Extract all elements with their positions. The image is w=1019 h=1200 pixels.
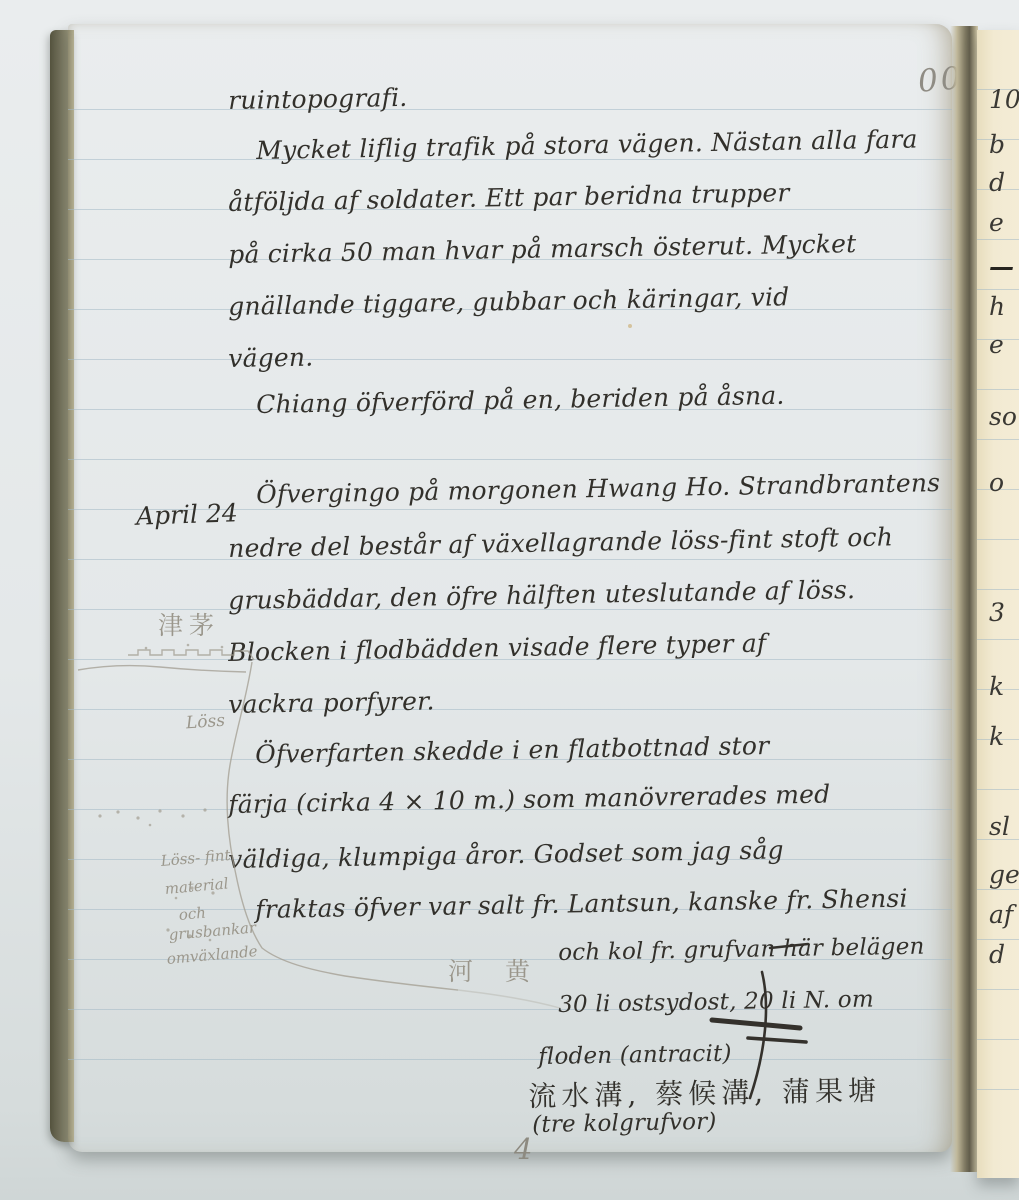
margin-pencil-note-line: omväxlande xyxy=(166,942,258,968)
next-page-fragment: — xyxy=(989,252,1014,281)
next-page-fragment: k xyxy=(989,722,1004,751)
handwriting-line: på cirka 50 man hvar på marsch österut. … xyxy=(228,229,857,269)
margin-pencil-note-line: Löss- fint xyxy=(160,846,231,870)
margin-chinese-pencil-river: 河 黄 xyxy=(448,952,542,988)
next-page-fragment: e xyxy=(989,208,1004,237)
handwriting-line: vägen. xyxy=(228,343,314,373)
next-page-fragment: o xyxy=(989,468,1004,497)
next-page-fragment: h xyxy=(989,292,1005,321)
gutter-shadow xyxy=(950,26,978,1172)
paper-speck xyxy=(628,324,632,328)
next-page-fragment: so xyxy=(989,402,1017,431)
handwriting-line: nedre del består af växellagrande löss-f… xyxy=(228,522,893,563)
handwriting-line: Mycket liflig trafik på stora vägen. Näs… xyxy=(256,124,918,165)
handwriting-line: åtföljda af soldater. Ett par beridna tr… xyxy=(228,178,790,217)
next-page-fragment: d xyxy=(989,940,1005,969)
handwriting-line: färja (cirka 4 × 10 m.) som manövrerades… xyxy=(228,779,831,819)
next-page-fragment: e xyxy=(989,330,1004,359)
margin-loess-label: Löss xyxy=(185,711,225,734)
handwriting-line: väldiga, klumpiga åror. Godset som jag s… xyxy=(228,835,784,874)
notebook-page: 0008 April 24 津茅 Löss Löss- fint materia… xyxy=(68,24,952,1152)
handwriting-line: grusbäddar, den öfre hälften uteslutande… xyxy=(228,575,855,615)
next-page-fragment: ge xyxy=(989,860,1019,889)
handwriting-line: 30 li ostsydost, 20 li N. om xyxy=(558,986,874,1018)
handwriting-line: Öfvergingo på morgonen Hwang Ho. Strandb… xyxy=(256,468,940,509)
handwriting-line: fraktas öfver var salt fr. Lantsun, kans… xyxy=(255,884,908,924)
next-page-sliver: 10bde—hesoo3kkslgeafd xyxy=(977,30,1019,1178)
handwriting-line: gnällande tiggare, gubbar och käringar, … xyxy=(228,282,790,321)
handwriting-line: och kol fr. grufvan här belägen xyxy=(558,934,925,966)
handwriting-line: Blocken i flodbädden visade flere typer … xyxy=(228,629,767,667)
handwriting-line: vackra porfyrer. xyxy=(228,686,435,719)
next-page-fragment: sl xyxy=(989,812,1010,841)
margin-chinese-pencil-top: 津茅 xyxy=(158,606,220,642)
margin-pencil-note-line: material xyxy=(164,874,229,897)
handwriting-line: Öfverfarten skedde i en flatbottnad stor xyxy=(255,731,770,769)
handwriting-line: ruintopografi. xyxy=(228,83,408,115)
handwriting-line: (tre kolgrufvor) xyxy=(532,1109,717,1138)
next-page-fragment: b xyxy=(989,130,1005,159)
next-page-fragment: af xyxy=(989,900,1013,929)
next-page-fragment: 10 xyxy=(989,85,1019,114)
next-page-fragment: 3 xyxy=(989,598,1005,627)
margin-pencil-note-line: och xyxy=(178,904,207,924)
next-page-fragment: k xyxy=(989,672,1004,701)
scanned-notebook-photo: { "document": { "archive_number": "0008"… xyxy=(0,0,1019,1200)
next-page-fragment: d xyxy=(989,168,1005,197)
handwriting-line: Chiang öfverförd på en, beriden på åsna. xyxy=(256,381,785,419)
page-number: 4 xyxy=(514,1132,532,1166)
handwriting-line: floden (antracit) xyxy=(538,1041,732,1070)
margin-entry-date: April 24 xyxy=(136,498,239,531)
